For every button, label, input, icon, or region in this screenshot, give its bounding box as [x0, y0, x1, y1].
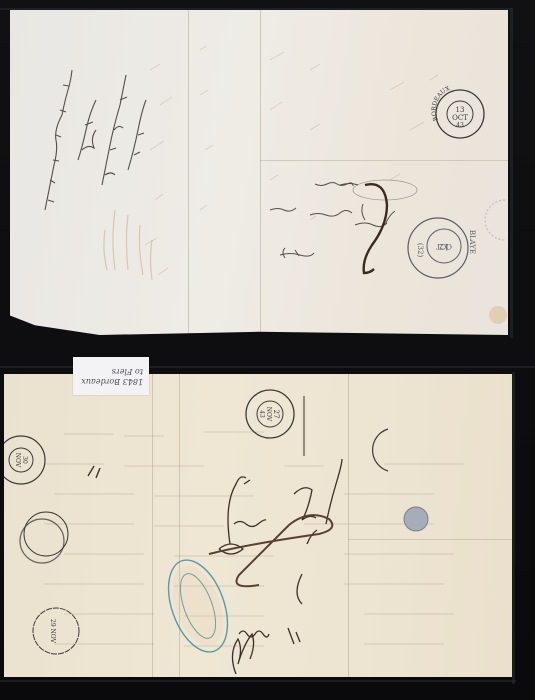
- bordeaux-postmark: 27 NOV 43: [246, 390, 294, 438]
- bottom-cover-markings: 27 NOV 43 30 NOV 29 NOV: [4, 374, 512, 677]
- sleeve-edge-bottom: [0, 680, 516, 682]
- top-cover: 13 OCT 43 BORDEAUX 12 OCT (32) BLAYE 2: [10, 10, 508, 335]
- sleeve-edge-top: [0, 8, 512, 10]
- sleeve-edge-right-bottom: [512, 372, 515, 684]
- sleeve-edge-right-top: [510, 8, 513, 338]
- bordeaux-postmark: 13 OCT 43 BORDEAUX: [431, 85, 484, 138]
- flers-postmark: 30 NOV: [4, 436, 45, 484]
- saudille-cachet: [157, 552, 239, 660]
- description-label: 1843 Bordeaux to Flers: [73, 357, 149, 395]
- svg-text:27: 27: [272, 410, 280, 419]
- svg-text:43: 43: [258, 410, 265, 418]
- svg-text:29 NOV: 29 NOV: [49, 619, 56, 644]
- top-cover-markings: 13 OCT 43 BORDEAUX 12 OCT (32) BLAYE: [10, 10, 508, 335]
- svg-text:30: 30: [21, 456, 28, 464]
- svg-text:13: 13: [456, 106, 465, 114]
- bottom-cover: 27 NOV 43 30 NOV 29 NOV: [4, 374, 512, 677]
- label-line-1: 1843 Bordeaux: [81, 376, 143, 386]
- svg-text:BLAYE: BLAYE: [468, 230, 476, 254]
- svg-text:43: 43: [456, 122, 464, 129]
- svg-text:BORDEAUX: BORDEAUX: [431, 85, 452, 122]
- svg-text:NOV: NOV: [14, 453, 21, 468]
- blaye-postmark: 12 OCT (32) BLAYE: [408, 218, 476, 278]
- svg-text:(32): (32): [416, 243, 424, 258]
- svg-text:NOV: NOV: [265, 407, 272, 422]
- svg-text:OCT: OCT: [436, 242, 452, 250]
- svg-text:OCT: OCT: [452, 114, 468, 122]
- label-line-2: to Flers: [112, 366, 143, 376]
